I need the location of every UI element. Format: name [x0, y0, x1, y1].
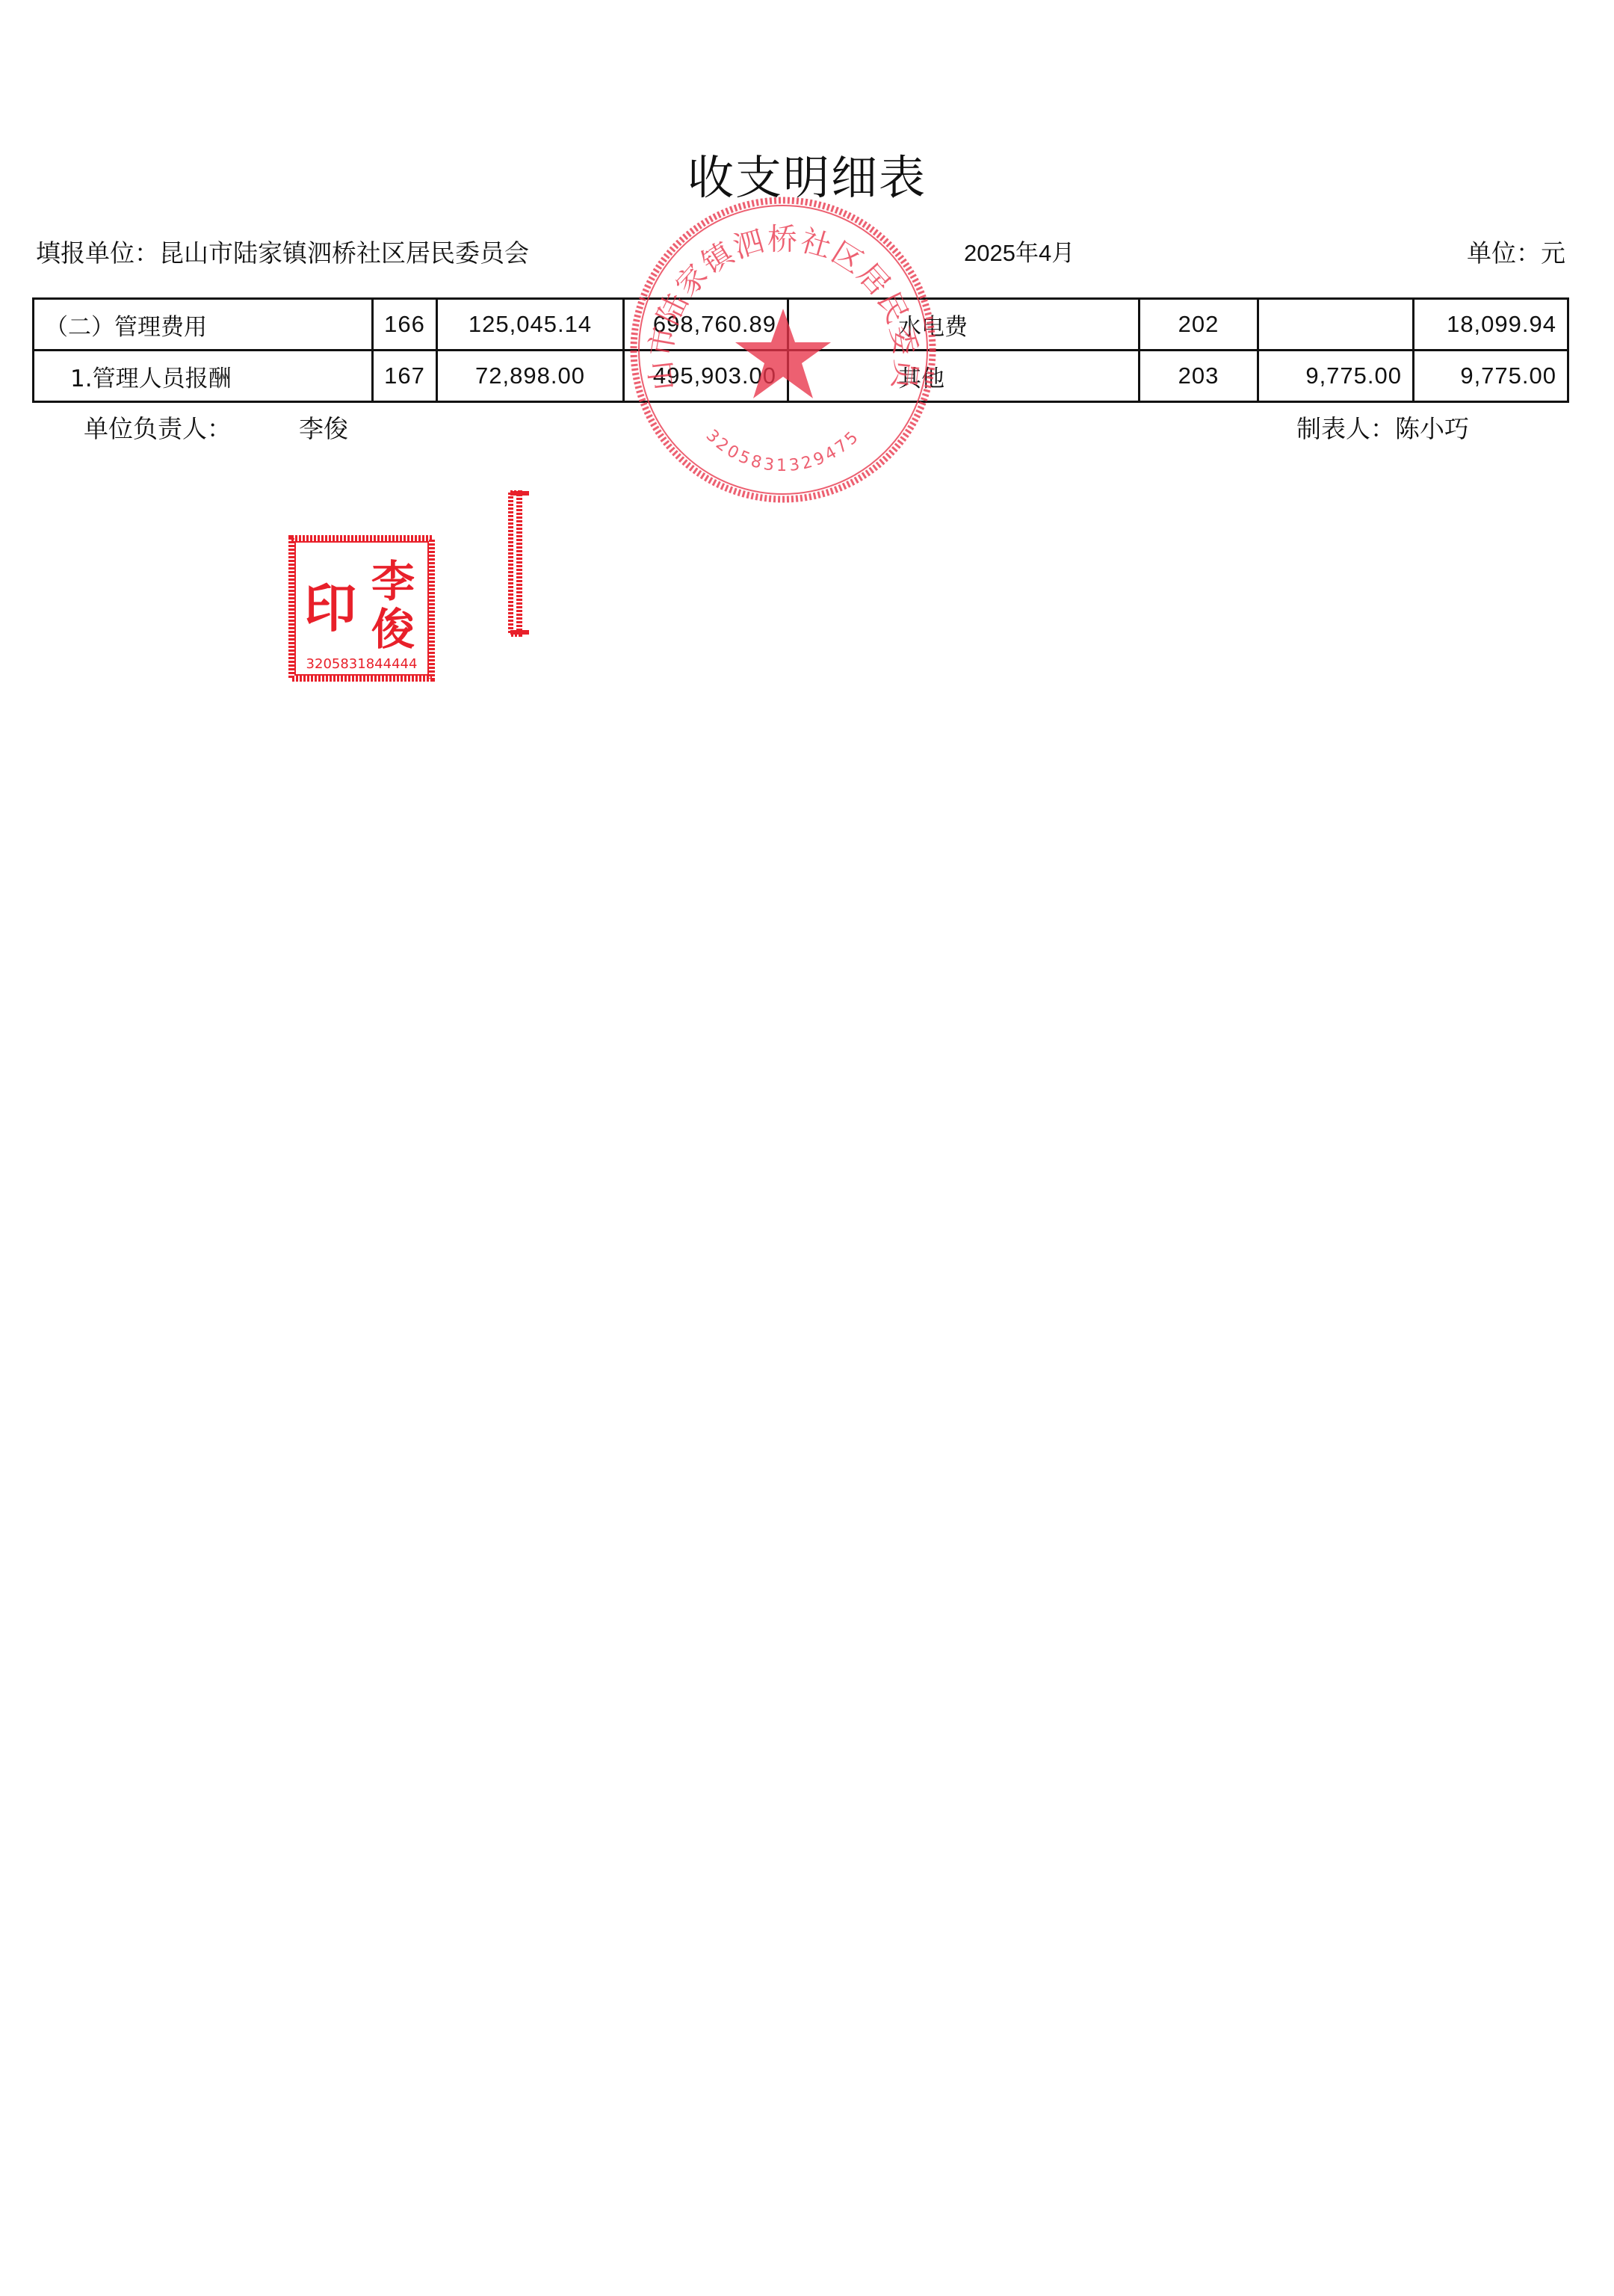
document-title: 收支明细表	[0, 141, 1614, 207]
svg-text:3205831329475: 3205831329475	[702, 426, 865, 475]
right-amount-month: 9,775.00	[1258, 351, 1414, 402]
left-line-number: 167	[373, 351, 437, 402]
left-item: （二）管理费用	[34, 299, 373, 351]
svg-text:俊: 俊	[371, 604, 415, 655]
reporting-unit: 填报单位：昆山市陆家镇泗桥社区居民委员会	[36, 234, 529, 269]
svg-text:3205831844444: 3205831844444	[306, 656, 418, 672]
table-row: （二）管理费用 166 125,045.14 698,760.89 水电费 20…	[34, 299, 1568, 351]
preparer-label: 制表人：	[1296, 414, 1395, 443]
left-amount-month: 125,045.14	[437, 299, 624, 351]
svg-text:印: 印	[304, 577, 356, 639]
right-item: 其他	[788, 351, 1140, 402]
right-amount-month	[1258, 299, 1414, 351]
left-item: 1.管理人员报酬	[34, 351, 373, 402]
table-row: 1.管理人员报酬 167 72,898.00 495,903.00 其他 203…	[34, 351, 1568, 402]
right-line-number: 202	[1140, 299, 1258, 351]
right-amount-cumulative: 18,099.94	[1414, 299, 1568, 351]
partial-stamp-fragment	[508, 490, 534, 637]
responsible-person: 单位负责人：李俊	[84, 410, 348, 445]
left-amount-cumulative: 495,903.00	[624, 351, 788, 402]
left-amount-month: 72,898.00	[437, 351, 624, 402]
left-amount-cumulative: 698,760.89	[624, 299, 788, 351]
ledger-table: （二）管理费用 166 125,045.14 698,760.89 水电费 20…	[32, 297, 1569, 403]
svg-text:李: 李	[371, 556, 415, 607]
report-period: 2025年4月	[964, 234, 1075, 268]
preparer: 制表人：陈小巧	[1296, 410, 1469, 445]
personal-seal-stamp: 印 李 俊 3205831844444	[288, 535, 435, 682]
right-line-number: 203	[1140, 351, 1258, 402]
right-amount-cumulative: 9,775.00	[1414, 351, 1568, 402]
responsible-name: 李俊	[299, 414, 348, 443]
right-item: 水电费	[788, 299, 1140, 351]
currency-unit: 单位：元	[1467, 234, 1565, 269]
left-line-number: 166	[373, 299, 437, 351]
preparer-name: 陈小巧	[1395, 414, 1469, 443]
responsible-label: 单位负责人：	[84, 414, 232, 443]
